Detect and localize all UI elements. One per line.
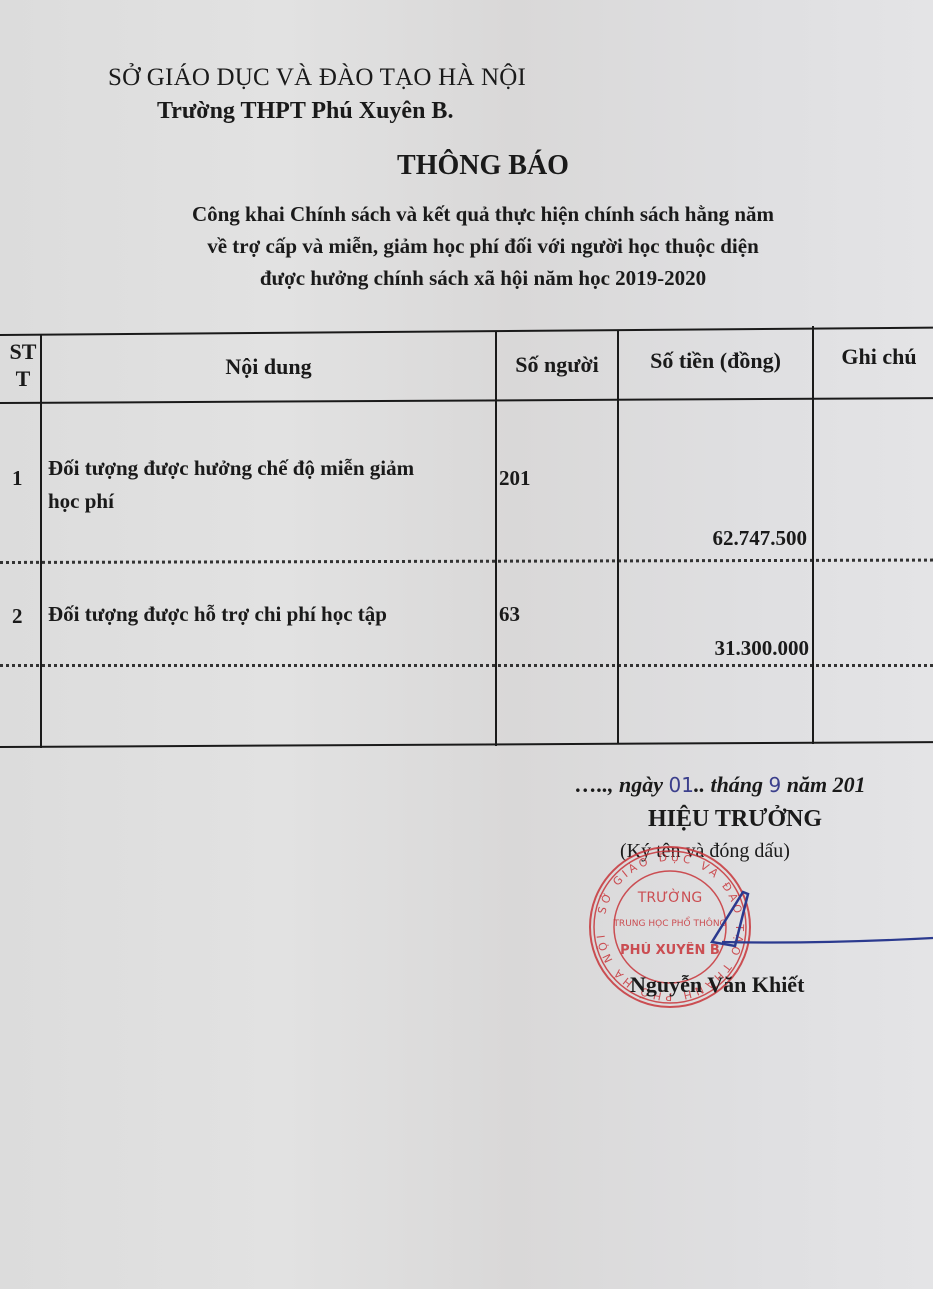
row-1-content-line1: Đối tượng được hưởng chế độ miễn giảm [48, 452, 414, 485]
policy-results-table: ST T Nội dung Số người Số tiền (đồng) Gh… [0, 320, 933, 750]
document-title: THÔNG BÁO [0, 150, 933, 182]
row-2-stt: 2 [12, 604, 23, 629]
school-name: Trường THPT Phú Xuyên B. [157, 98, 453, 125]
row-2-bottom-border [0, 664, 933, 667]
date-suffix: năm 201 [781, 772, 865, 797]
col-divider-4 [812, 326, 814, 744]
row-2-content: Đối tượng được hỗ trợ chi phí học tập [48, 602, 387, 627]
signer-name: Nguyễn Văn Khiết [630, 972, 804, 998]
row-1-content-line2: học phí [48, 485, 414, 518]
table-bottom-border [0, 741, 933, 748]
table-top-border [0, 327, 933, 336]
header-bottom-border [0, 397, 933, 404]
subtitle-line-2: về trợ cấp và miễn, giảm học phí đối với… [0, 230, 933, 262]
row-1-content: Đối tượng được hưởng chế độ miễn giảm họ… [48, 452, 414, 518]
handwritten-day: 01 [669, 773, 694, 797]
header-count: Số người [497, 352, 617, 378]
header-stt-line1: ST [6, 338, 40, 365]
col-divider-2 [495, 332, 497, 746]
row-1-amount: 62.747.500 [619, 526, 807, 551]
signer-role: HIỆU TRƯỞNG [648, 806, 822, 833]
signature-scribble [700, 880, 933, 960]
handwritten-month: 9 [769, 773, 782, 797]
header-amount: Số tiền (đồng) [619, 348, 812, 374]
row-1-stt: 1 [12, 466, 23, 491]
header-stt-line2: T [6, 365, 40, 392]
document-subtitle: Công khai Chính sách và kết quả thực hiệ… [0, 198, 933, 294]
header-stt: ST T [6, 338, 40, 392]
row-1-count: 201 [499, 466, 531, 491]
header-note: Ghi chú [814, 344, 933, 370]
date-line: ….., ngày 01.. tháng 9 năm 201 [575, 772, 866, 798]
stamp-line-1: TRƯỜNG [637, 888, 702, 906]
header-content: Nội dung [42, 354, 495, 380]
row-2-count: 63 [499, 602, 520, 627]
date-prefix: ….., ngày [575, 772, 669, 797]
department-heading: SỞ GIÁO DỤC VÀ ĐÀO TẠO HÀ NỘI [108, 64, 526, 92]
subtitle-line-3: được hưởng chính sách xã hội năm học 201… [0, 262, 933, 294]
row-1-bottom-border [0, 559, 933, 564]
date-mid: .. tháng [694, 772, 769, 797]
row-2-amount: 31.300.000 [619, 636, 809, 661]
subtitle-line-1: Công khai Chính sách và kết quả thực hiệ… [0, 198, 933, 230]
col-divider-1 [40, 334, 42, 748]
